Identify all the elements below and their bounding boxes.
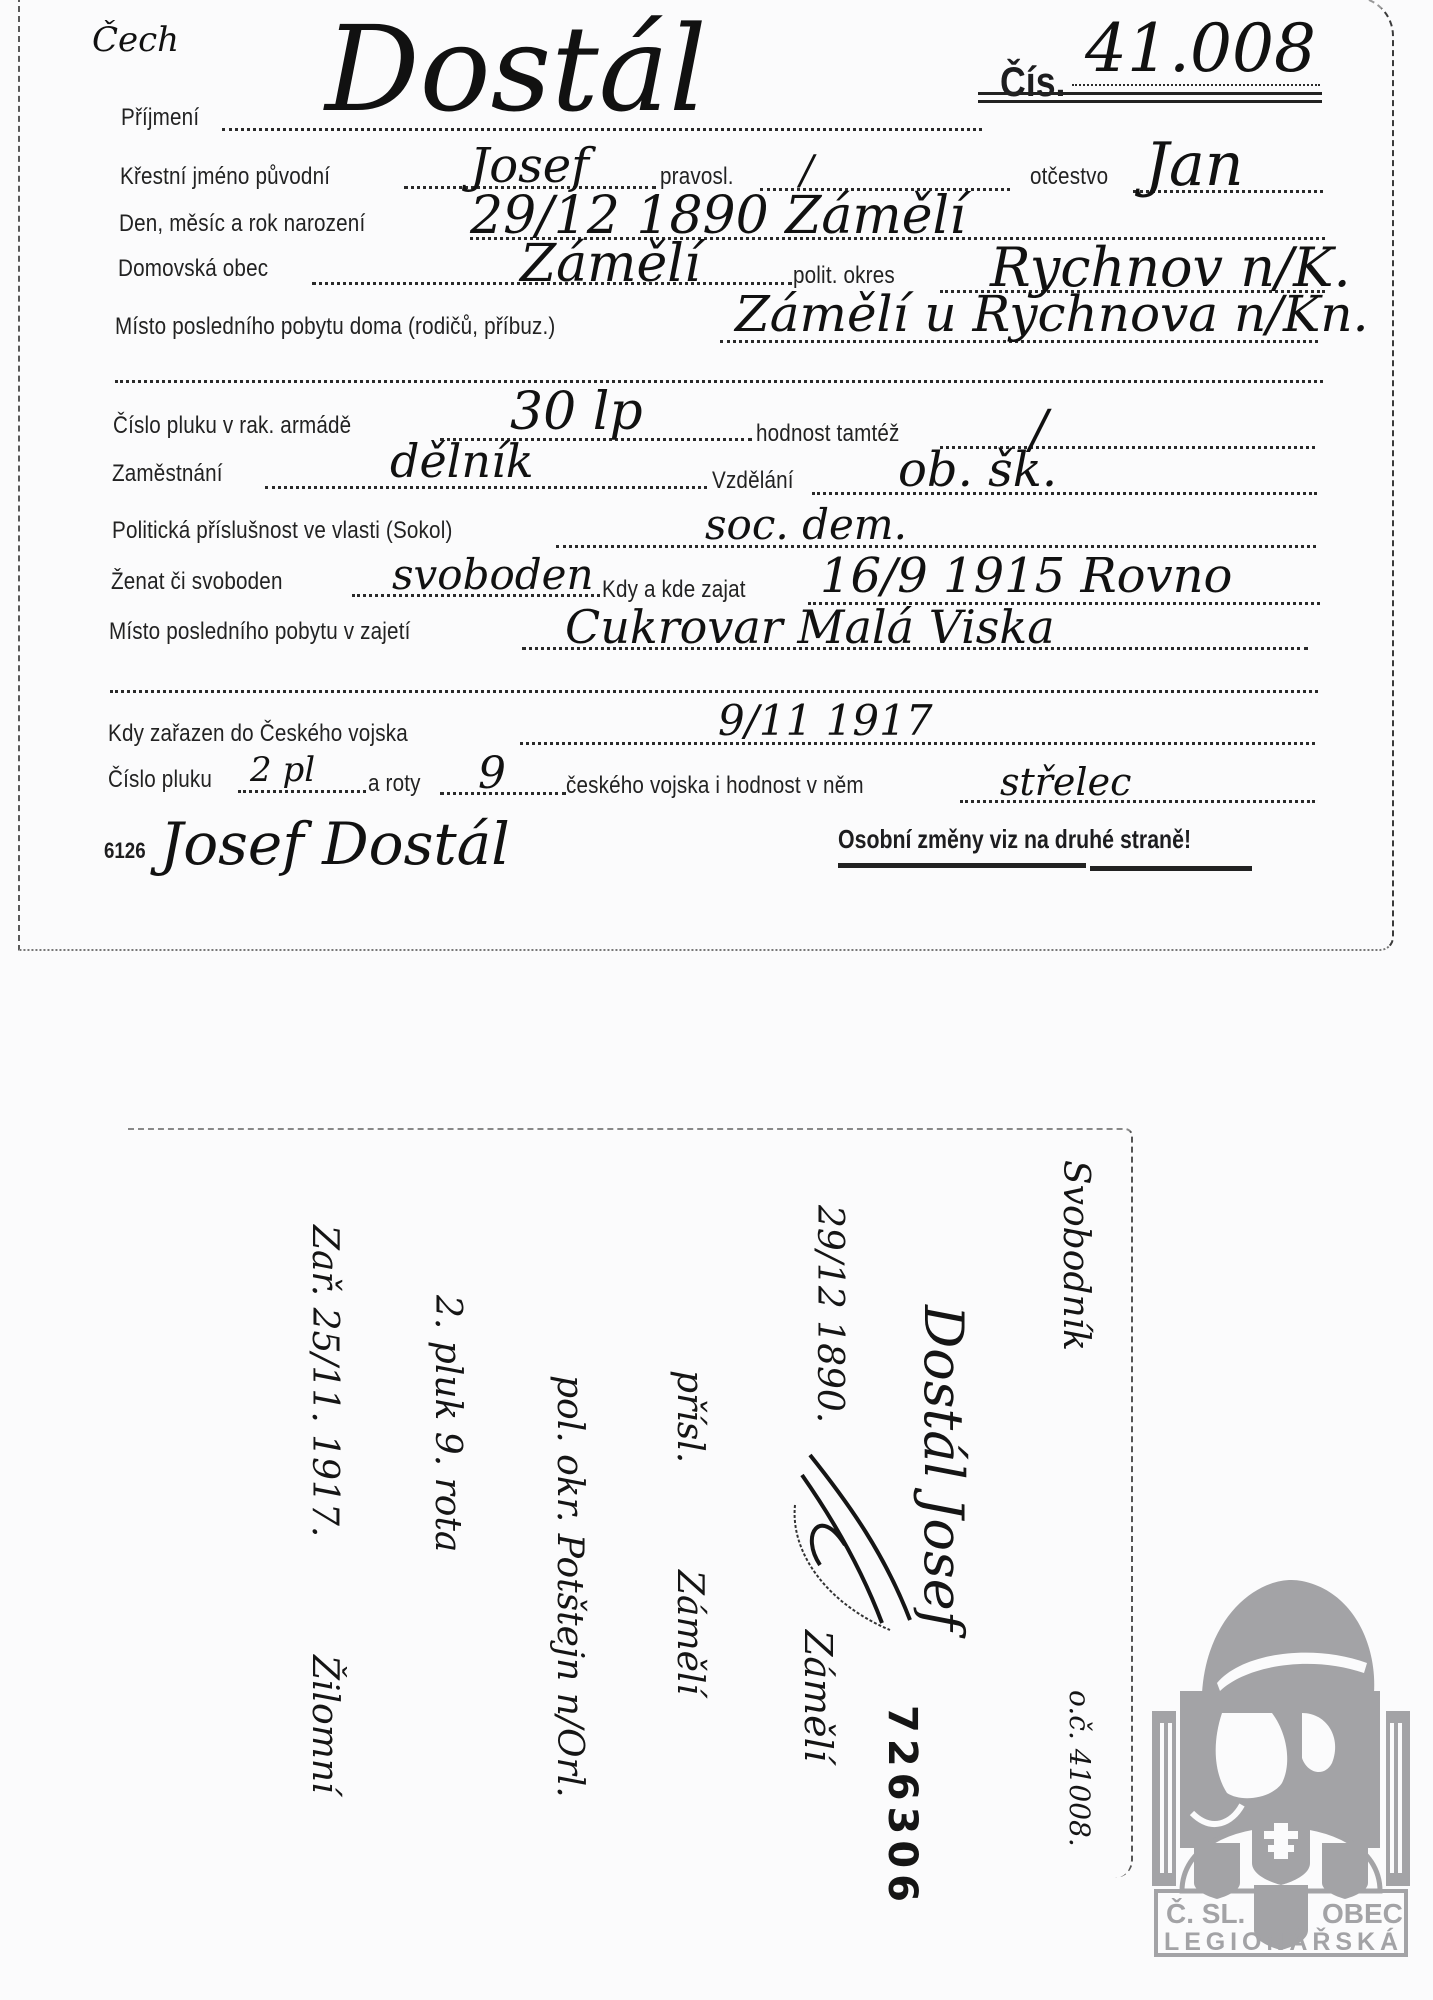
joined-label: Kdy zařazen do Českého vojska <box>108 720 408 748</box>
political-value: soc. dem. <box>705 500 907 549</box>
surname-line <box>222 128 982 131</box>
company-label: a roty <box>368 770 421 798</box>
captivity-residence-label: Místo posledního pobytu v zajetí <box>109 618 411 646</box>
index-line-enlisted: Zař. 25/11. 1917. <box>304 1225 345 1537</box>
captured-value: 16/9 1915 Rovno <box>820 548 1232 604</box>
legionnaire-emblem-icon: Č. SL. OBEC LEGIONÁŘSKÁ <box>1152 1573 1410 1958</box>
form-number: 6126 <box>104 838 146 864</box>
index-line-rank: Svobodník <box>1055 1160 1096 1351</box>
marital-value: svoboden <box>392 550 594 599</box>
austrian-regiment-label: Číslo pluku v rak. armádě <box>113 412 351 440</box>
home-municipality-label: Domovská obec <box>118 255 268 283</box>
cz-regiment-label: Číslo pluku <box>108 766 212 794</box>
education-line <box>812 492 1317 495</box>
index-line-village: Zámělí <box>796 1630 840 1762</box>
first-name-label: Křestní jméno původní <box>120 163 330 191</box>
logo-text-legionarska: LEGIONÁŘSKÁ <box>1164 1926 1398 1956</box>
card-number-rule-2 <box>978 100 1322 103</box>
austrian-regiment-value: 30 lp <box>510 382 643 442</box>
footer-notice: Osobní změny viz na druhé straně! <box>838 824 1191 855</box>
legionnaire-index-card <box>128 1128 1133 1878</box>
cz-rank-label: českého vojska i hodnost v něm <box>566 772 864 800</box>
education-label: Vzdělání <box>712 467 794 495</box>
extra-line-1 <box>115 380 1323 383</box>
footer-notice-underline-1 <box>838 863 1086 868</box>
logo-text-cssl: Č. SL. <box>1166 1897 1245 1929</box>
surname-value: Dostál <box>325 0 707 138</box>
card-number-label: Čís. <box>1000 58 1065 106</box>
index-line-affiliation: přísl. <box>669 1370 710 1463</box>
cs-legion-society-logo: Č. SL. OBEC LEGIONÁŘSKÁ <box>1152 1573 1410 1958</box>
index-line-unit: 2. pluk 9. rota <box>427 1295 468 1552</box>
index-line-affiliation-village: Zámělí <box>669 1570 710 1695</box>
index-line-district: pol. okr. Potštejn n/Orl. <box>549 1375 590 1798</box>
stamp-number: 726306 <box>879 1705 925 1908</box>
home-municipality-value: Zámělí <box>520 234 700 294</box>
extra-line-2 <box>110 690 1318 693</box>
joined-value: 9/11 1917 <box>718 696 933 745</box>
index-line-personal-number: o.č. 41008. <box>1063 1690 1096 1847</box>
index-line-occupation: Žilomní <box>304 1655 345 1794</box>
occupation-label: Zaměstnání <box>112 460 223 488</box>
card-number-rule-1 <box>978 92 1322 95</box>
index-line-birthdate: 29/12 1890. <box>809 1205 850 1423</box>
signature: Josef Dostál <box>160 810 510 878</box>
marital-label: Ženat či svoboden <box>111 568 283 596</box>
captivity-residence-value: Cukrovar Malá Viska <box>565 600 1055 654</box>
rank-there-label: hodnost tamtéž <box>756 420 900 448</box>
nationality-note: Čech <box>92 20 179 60</box>
birth-label: Den, měsíc a rok narození <box>119 210 365 238</box>
card-number-value: 41.008 <box>1085 10 1316 87</box>
index-card-signature-scribble <box>790 1445 930 1635</box>
patronymic-value: Jan <box>1145 130 1243 200</box>
political-label: Politická příslušnost ve vlasti (Sokol) <box>112 517 453 545</box>
card-number-line <box>1072 84 1320 86</box>
logo-text-obec: OBEC <box>1322 1898 1403 1929</box>
cz-regiment-value: 2 pl <box>250 750 315 790</box>
last-residence-home-label: Místo posledního pobytu doma (rodičů, př… <box>115 313 555 341</box>
cz-rank-value: střelec <box>1000 760 1131 804</box>
footer-notice-underline-2 <box>1090 866 1252 871</box>
last-residence-home-value: Zámělí u Rychnova n/Kn. <box>735 285 1369 343</box>
education-value: ob. šk. <box>898 442 1057 498</box>
surname-label: Příjmení <box>121 104 199 132</box>
cz-regiment-line <box>238 790 366 793</box>
patronymic-label: otčestvo <box>1030 163 1108 191</box>
occupation-value: dělník <box>390 434 534 488</box>
company-value: 9 <box>478 748 506 799</box>
